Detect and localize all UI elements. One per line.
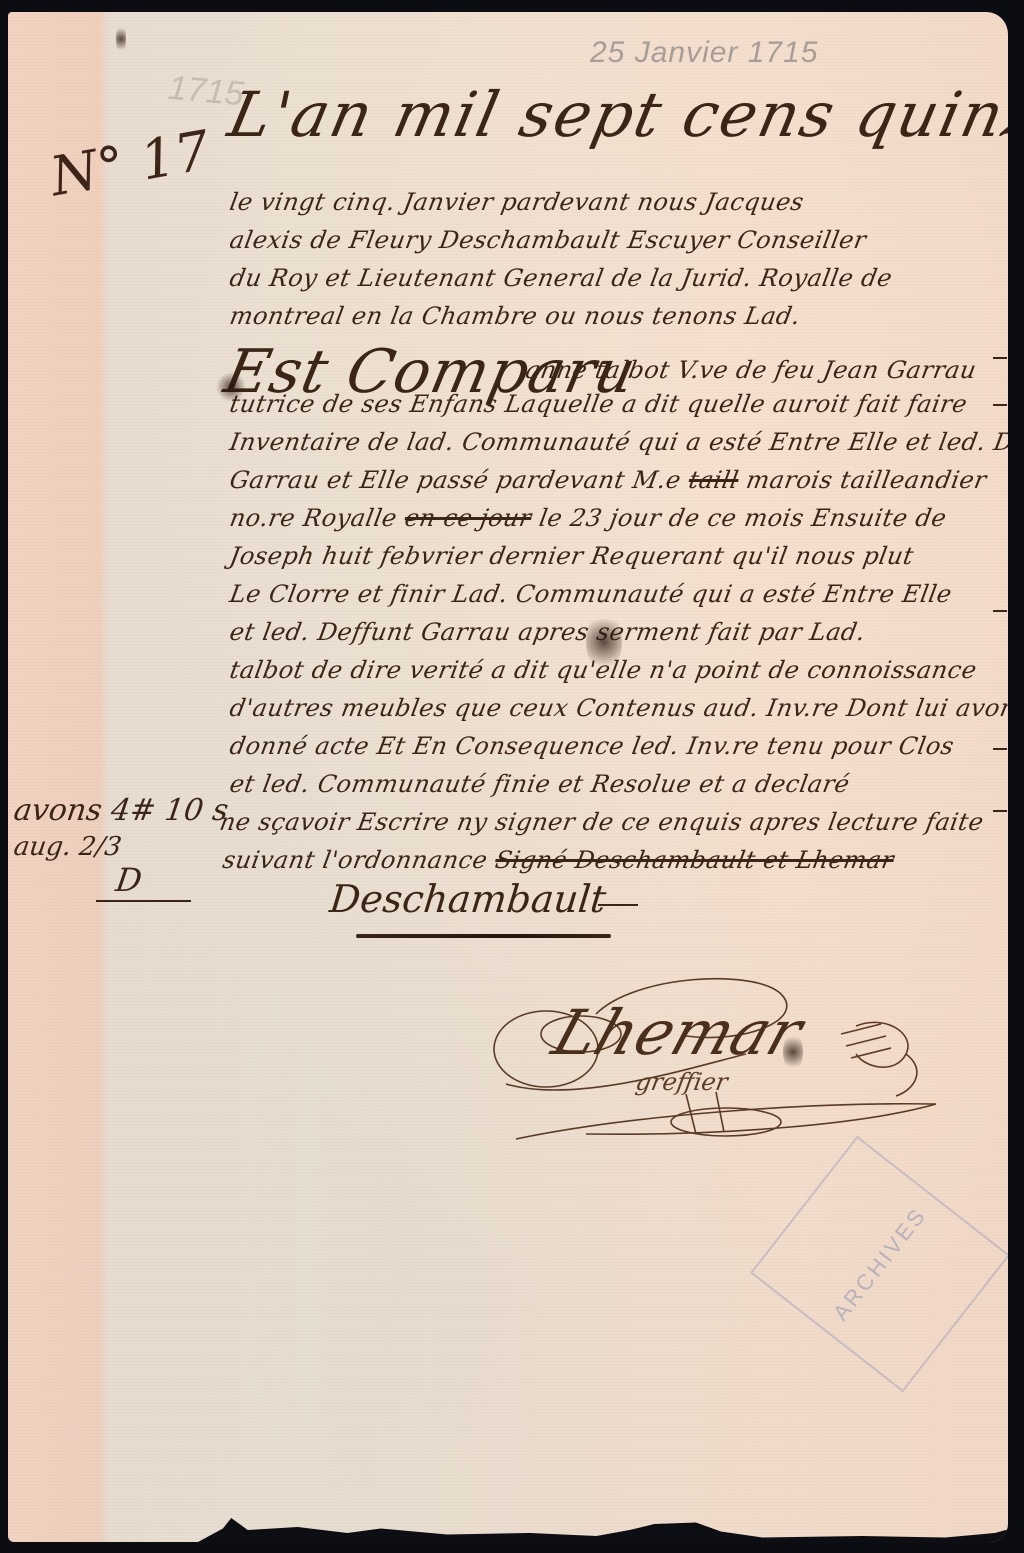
body-line-7: Le Clorre et finir Lad. Communauté qui a… [228,582,954,606]
body-line-4: Garrau et Elle passé pardevant M.e taill… [228,468,989,492]
line-end-dash [993,748,1007,750]
line-end-dash [993,357,1007,359]
margin-folio-mark: N° 17 [47,124,214,205]
torn-bottom-edge [198,1512,1008,1542]
body-line-11: donné acte Et En Consequence led. Inv.re… [228,734,956,758]
line-end-dash [993,810,1007,812]
signature-tail-stroke [598,904,638,906]
opening-line-3: du Roy et Lieutenant General de la Jurid… [228,266,894,290]
body-line-3: Inventaire de lad. Communauté qui a esté… [228,430,1008,454]
ink-blot [116,24,126,54]
manuscript-page: 1715 25 Janvier 1715 N° 17 L'an mil sept… [8,12,1008,1542]
opening-line-4: montreal en la Chambre ou nous tenons La… [228,304,803,328]
body-line-5: no.re Royalle en ce jour le 23 jour de c… [228,506,949,530]
ink-blot [216,372,246,402]
body-line-6: Joseph huit febvrier dernier Requerant q… [228,544,916,568]
body-line-12: et led. Communauté finie et Resolue et a… [228,772,852,796]
body-line-8: et led. Deffunt Garrau apres serment fai… [228,620,868,644]
opening-line-1: le vingt cinq. Janvier pardevant nous Ja… [228,190,806,214]
struck-text: en ce jour [403,504,534,532]
margin-fee-line-1: avons 4# 10 s [12,796,230,826]
signature-title-greffier: greffier [634,1070,730,1094]
body-line-14: suivant l'ordonnance Signé Deschambault … [221,848,896,872]
opening-line-2: alexis de Fleury Deschambault Escuyer Co… [228,228,868,252]
archive-stamp: ARCHIVES [750,1136,1008,1393]
margin-underline [96,900,191,902]
document-heading: L'an mil sept cens quinze [223,84,1008,146]
body-line-10: d'autres meubles que ceux Contenus aud. … [228,696,1008,720]
ink-blot [586,612,622,672]
signature-deschambault: Deschambault [328,880,608,918]
signature-underline [356,934,611,938]
pencil-date-annotation: 25 Janvier 1715 [590,36,819,70]
line-end-dash [993,404,1007,406]
line-end-dash [993,610,1007,612]
body-line-1: anne talbot V.ve de feu Jean Garrau [524,358,978,382]
struck-text: taill [687,466,741,494]
struck-text: Signé Deschambault et Lhemar [493,846,896,874]
margin-fee-line-2: aug. 2/3 [12,834,123,860]
archive-stamp-text: ARCHIVES [828,1202,933,1326]
body-line-13: ne sçavoir Escrire ny signer de ce enqui… [218,810,986,834]
ink-blot [783,1032,803,1072]
body-line-2: tutrice de ses Enfans Laquelle a dit que… [228,392,969,416]
signature-lhemar: Lhemar [546,1002,809,1064]
scan-background: 1715 25 Janvier 1715 N° 17 L'an mil sept… [0,0,1024,1553]
margin-fee-initial: D [114,864,144,896]
